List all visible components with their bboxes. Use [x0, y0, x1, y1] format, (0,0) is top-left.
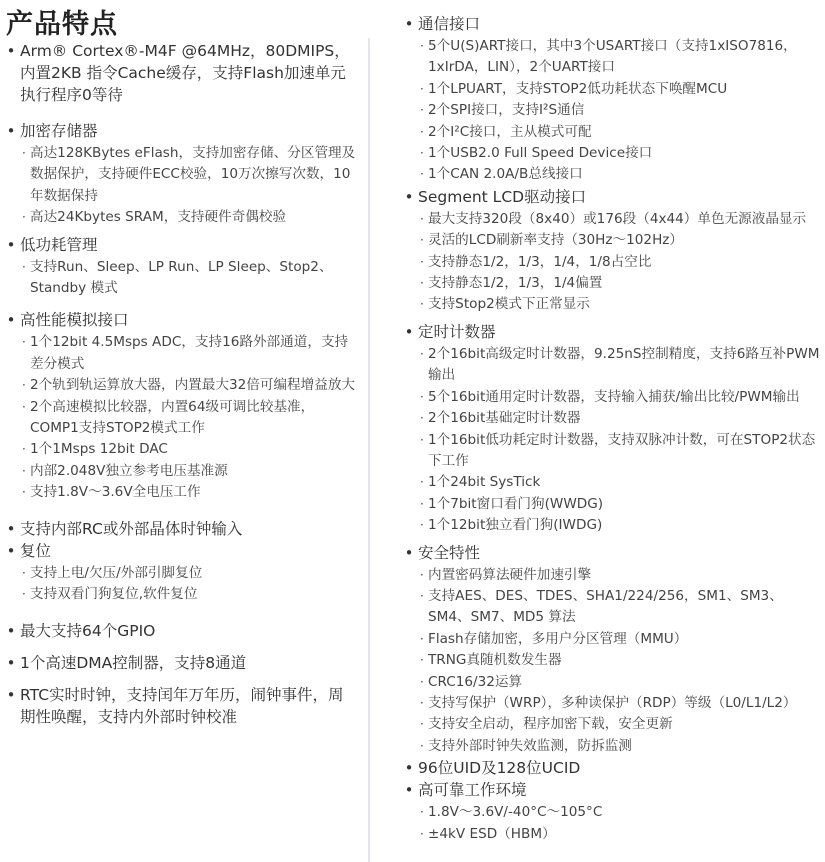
sub-item: ·支持外部时钟失效监测，防拆监测	[420, 736, 825, 757]
sub-text: Flash存储加密，多用户分区管理（MMU）	[428, 631, 687, 647]
sub-text: 5个16bit通用定时计数器，支持输入捕获/输出比较/PWM输出	[428, 389, 800, 405]
sub-bullet-icon: ·	[420, 122, 424, 143]
sub-item: ·2个高速模拟比较器，内置64级可调比较基准，COMP1支持STOP2模式工作	[22, 397, 356, 440]
feature-heading: 通信接口	[418, 13, 825, 35]
sub-bullet-icon: ·	[420, 344, 424, 365]
sub-item: ·1个12bit独立看门狗(IWDG)	[420, 515, 825, 536]
sub-text: 高达128KBytes eFlash，支持加密存储、分区管理及数据保护，支持硬件…	[30, 145, 355, 204]
sub-item: ·支持双看门狗复位,软件复位	[22, 584, 356, 605]
sub-bullet-icon: ·	[420, 693, 424, 714]
sub-item: ·5个U(S)ART接口，其中3个USART接口（支持1xISO7816，1xI…	[420, 36, 825, 79]
sub-text: 5个U(S)ART接口，其中3个USART接口（支持1xISO7816，1xIr…	[428, 38, 797, 75]
feature-item-security: • 安全特性 ·内置密码算法硬件加速引擎 ·支持AES、DES、TDES、SHA…	[404, 542, 825, 758]
sub-bullet-icon: ·	[420, 36, 424, 57]
feature-heading: 高可靠工作环境	[418, 779, 825, 801]
sub-text: 支持安全启动，程序加密下载，安全更新	[428, 716, 673, 732]
sub-bullet-icon: ·	[22, 563, 26, 584]
sub-text: TRNG真随机数发生器	[428, 652, 562, 668]
sub-text: CRC16/32运算	[428, 674, 522, 690]
sub-item: ·支持Stop2模式下正常显示	[420, 294, 825, 315]
sub-item: ·支持写保护（WRP），多种读保护（RDP）等级（L0/L1/L2）	[420, 693, 825, 714]
sub-bullet-icon: ·	[420, 100, 424, 121]
sub-item: ·1个USB2.0 Full Speed Device接口	[420, 143, 825, 164]
feature-item-low-power: • 低功耗管理 ·支持Run、Sleep、LP Run、LP Sleep、Sto…	[6, 234, 356, 300]
bullet-icon: •	[404, 321, 414, 343]
feature-heading: 加密存储器	[20, 120, 356, 142]
feature-item-reset: • 复位 ·支持上电/欠压/外部引脚复位 ·支持双看门狗复位,软件复位	[6, 540, 356, 606]
sub-item: ·1个LPUART，支持STOP2低功耗状态下唤醒MCU	[420, 79, 825, 100]
sub-item: ·支持上电/欠压/外部引脚复位	[22, 563, 356, 584]
sub-item: ·内置密码算法硬件加速引擎	[420, 565, 825, 586]
sub-bullet-icon: ·	[22, 332, 26, 353]
sub-text: 支持静态1/2，1/3，1/4，1/8占空比	[428, 254, 651, 270]
column-divider	[368, 38, 370, 862]
sub-text: 最大支持320段（8x40）或176段（4x44）单色无源液晶显示	[428, 211, 806, 227]
sub-bullet-icon: ·	[22, 482, 26, 503]
sub-text: 支持写保护（WRP），多种读保护（RDP）等级（L0/L1/L2）	[428, 695, 797, 711]
feature-item-uid: • 96位UID及128位UCID	[404, 757, 825, 779]
sub-item: ·2个16bit基础定时计数器	[420, 408, 825, 429]
sub-item: ·CRC16/32运算	[420, 672, 825, 693]
sub-bullet-icon: ·	[420, 252, 424, 273]
sub-text: 2个I²C接口，主从模式可配	[428, 124, 592, 140]
sub-item: ·2个轨到轨运算放大器，内置最大32倍可编程增益放大	[22, 375, 356, 396]
sub-item: ·2个SPI接口，支持I²S通信	[420, 100, 825, 121]
sub-item: ·支持Run、Sleep、LP Run、LP Sleep、Stop2、Stand…	[22, 257, 356, 300]
sub-text: 灵活的LCD刷新率支持（30Hz～102Hz）	[428, 232, 683, 248]
sub-item: ·1个12bit 4.5Msps ADC，支持16路外部通道，支持差分模式	[22, 332, 356, 375]
sub-text: ±4kV ESD（HBM）	[428, 826, 556, 842]
sub-bullet-icon: ·	[420, 672, 424, 693]
sub-item: ·支持1.8V～3.6V全电压工作	[22, 482, 356, 503]
sub-item: ·Flash存储加密，多用户分区管理（MMU）	[420, 629, 825, 650]
sub-item: ·支持静态1/2，1/3，1/4偏置	[420, 273, 825, 294]
sub-item: ·1个7bit窗口看门狗(WWDG)	[420, 494, 825, 515]
sub-bullet-icon: ·	[420, 164, 424, 185]
sub-text: 内置密码算法硬件加速引擎	[428, 567, 591, 583]
feature-item-dma: • 1个高速DMA控制器，支持8通道	[6, 652, 356, 674]
sub-text: 1个24bit SysTick	[428, 474, 540, 490]
sub-text: 支持1.8V～3.6V全电压工作	[30, 484, 201, 500]
sub-bullet-icon: ·	[22, 461, 26, 482]
sub-bullet-icon: ·	[420, 736, 424, 757]
bullet-icon: •	[6, 518, 16, 540]
sub-item: ·2个I²C接口，主从模式可配	[420, 122, 825, 143]
sub-item: ·1个1Msps 12bit DAC	[22, 439, 356, 460]
feature-text: 1个高速DMA控制器，支持8通道	[20, 652, 356, 674]
sub-bullet-icon: ·	[420, 494, 424, 515]
sub-text: 1个7bit窗口看门狗(WWDG)	[428, 496, 603, 512]
sub-bullet-icon: ·	[420, 515, 424, 536]
sub-item: ·支持静态1/2，1/3，1/4，1/8占空比	[420, 252, 825, 273]
bullet-icon: •	[404, 186, 414, 208]
sub-bullet-icon: ·	[420, 230, 424, 251]
feature-item-communication: • 通信接口 ·5个U(S)ART接口，其中3个USART接口（支持1xISO7…	[404, 13, 825, 186]
sub-text: 2个16bit高级定时计数器，9.25nS控制精度，支持6路互补PWM输出	[428, 346, 820, 383]
feature-item-gpio: • 最大支持64个GPIO	[6, 620, 356, 642]
sub-bullet-icon: ·	[420, 273, 424, 294]
feature-item-rtc: • RTC实时时钟，支持闰年万年历，闹钟事件，周期性唤醒，支持内外部时钟校准	[6, 684, 356, 728]
feature-item-analog: • 高性能模拟接口 ·1个12bit 4.5Msps ADC，支持16路外部通道…	[6, 309, 356, 503]
sub-text: 支持双看门狗复位,软件复位	[30, 586, 197, 602]
feature-heading: Segment LCD驱动接口	[418, 186, 825, 208]
left-feature-column: • Arm® Cortex®-M4F @64MHz，80DMIPS，内置2KB …	[6, 40, 356, 728]
feature-heading: 复位	[20, 540, 356, 562]
sub-item: ·5个16bit通用定时计数器，支持输入捕获/输出比较/PWM输出	[420, 387, 825, 408]
sub-text: 支持外部时钟失效监测，防拆监测	[428, 738, 632, 754]
sub-text: 1个1Msps 12bit DAC	[30, 441, 168, 457]
sub-bullet-icon: ·	[22, 375, 26, 396]
sub-bullet-icon: ·	[420, 408, 424, 429]
bullet-icon: •	[6, 684, 16, 706]
feature-heading: 低功耗管理	[20, 234, 356, 256]
feature-heading: 安全特性	[418, 542, 825, 564]
sub-item: ·TRNG真随机数发生器	[420, 650, 825, 671]
sub-item: ·2个16bit高级定时计数器，9.25nS控制精度，支持6路互补PWM输出	[420, 344, 825, 387]
sub-item: ·1个16bit低功耗定时计数器，支持双脉冲计数，可在STOP2状态下工作	[420, 430, 825, 473]
sub-text: 1个USB2.0 Full Speed Device接口	[428, 145, 652, 161]
feature-text: 最大支持64个GPIO	[20, 620, 356, 642]
sub-text: 1个12bit独立看门狗(IWDG)	[428, 517, 602, 533]
sub-text: 2个轨到轨运算放大器，内置最大32倍可编程增益放大	[30, 377, 355, 393]
sub-text: 支持AES、DES、TDES、SHA1/224/256，SM1、SM3、SM4、…	[428, 588, 783, 625]
bullet-icon: •	[6, 234, 16, 256]
sub-bullet-icon: ·	[420, 430, 424, 451]
sub-bullet-icon: ·	[420, 79, 424, 100]
sub-bullet-icon: ·	[420, 629, 424, 650]
sub-text: 1个16bit低功耗定时计数器，支持双脉冲计数，可在STOP2状态下工作	[428, 432, 815, 469]
bullet-icon: •	[404, 757, 414, 779]
sub-bullet-icon: ·	[420, 472, 424, 493]
sub-bullet-icon: ·	[420, 565, 424, 586]
sub-item: ·高达128KBytes eFlash，支持加密存储、分区管理及数据保护，支持硬…	[22, 143, 356, 207]
sub-item: ·内部2.048V独立参考电压基准源	[22, 461, 356, 482]
sub-bullet-icon: ·	[22, 397, 26, 418]
sub-bullet-icon: ·	[22, 584, 26, 605]
sub-text: 1个12bit 4.5Msps ADC，支持16路外部通道，支持差分模式	[30, 334, 348, 371]
feature-text: RTC实时时钟，支持闰年万年历，闹钟事件，周期性唤醒，支持内外部时钟校准	[20, 684, 356, 728]
sub-bullet-icon: ·	[420, 824, 424, 845]
feature-heading: 高性能模拟接口	[20, 309, 356, 331]
bullet-icon: •	[6, 540, 16, 562]
sub-bullet-icon: ·	[420, 586, 424, 607]
sub-text: 1.8V～3.6V/-40°C～105°C	[428, 804, 602, 820]
feature-item-reliability: • 高可靠工作环境 ·1.8V～3.6V/-40°C～105°C ·±4kV E…	[404, 779, 825, 845]
feature-item-segment-lcd: • Segment LCD驱动接口 ·最大支持320段（8x40）或176段（4…	[404, 186, 825, 316]
feature-heading: 定时计数器	[418, 321, 825, 343]
sub-item: ·支持AES、DES、TDES、SHA1/224/256，SM1、SM3、SM4…	[420, 586, 825, 629]
sub-bullet-icon: ·	[420, 209, 424, 230]
sub-text: 2个高速模拟比较器，内置64级可调比较基准，COMP1支持STOP2模式工作	[30, 399, 314, 436]
feature-text: Arm® Cortex®-M4F @64MHz，80DMIPS，内置2KB 指令…	[20, 40, 356, 106]
bullet-icon: •	[6, 652, 16, 674]
sub-bullet-icon: ·	[22, 439, 26, 460]
sub-bullet-icon: ·	[420, 714, 424, 735]
sub-item: ·最大支持320段（8x40）或176段（4x44）单色无源液晶显示	[420, 209, 825, 230]
bullet-icon: •	[6, 620, 16, 642]
sub-text: 支持上电/欠压/外部引脚复位	[30, 565, 202, 581]
sub-bullet-icon: ·	[420, 802, 424, 823]
sub-item: ·高达24Kbytes SRAM，支持硬件奇偶校验	[22, 207, 356, 228]
bullet-icon: •	[404, 13, 414, 35]
sub-bullet-icon: ·	[22, 143, 26, 164]
feature-item-clock-input: • 支持内部RC或外部晶体时钟输入	[6, 518, 356, 540]
bullet-icon: •	[404, 779, 414, 801]
page-title: 产品特点	[6, 2, 118, 41]
sub-item: ·1个24bit SysTick	[420, 472, 825, 493]
feature-item-timers: • 定时计数器 ·2个16bit高级定时计数器，9.25nS控制精度，支持6路互…	[404, 321, 825, 537]
sub-text: 2个SPI接口，支持I²S通信	[428, 102, 584, 118]
sub-bullet-icon: ·	[22, 257, 26, 278]
sub-item: ·±4kV ESD（HBM）	[420, 824, 825, 845]
sub-text: 支持Run、Sleep、LP Run、LP Sleep、Stop2、Standb…	[30, 259, 333, 296]
feature-text: 支持内部RC或外部晶体时钟输入	[20, 518, 356, 540]
sub-item: ·1.8V～3.6V/-40°C～105°C	[420, 802, 825, 823]
bullet-icon: •	[404, 542, 414, 564]
sub-text: 1个CAN 2.0A/B总线接口	[428, 166, 583, 182]
sub-text: 高达24Kbytes SRAM，支持硬件奇偶校验	[30, 209, 286, 225]
feature-item-encrypted-memory: • 加密存储器 ·高达128KBytes eFlash，支持加密存储、分区管理及…	[6, 120, 356, 229]
bullet-icon: •	[6, 40, 16, 62]
sub-text: 支持Stop2模式下正常显示	[428, 296, 590, 312]
sub-item: ·支持安全启动，程序加密下载，安全更新	[420, 714, 825, 735]
bullet-icon: •	[6, 120, 16, 142]
sub-text: 支持静态1/2，1/3，1/4偏置	[428, 275, 602, 291]
sub-bullet-icon: ·	[22, 207, 26, 228]
sub-item: ·灵活的LCD刷新率支持（30Hz～102Hz）	[420, 230, 825, 251]
sub-text: 内部2.048V独立参考电压基准源	[30, 463, 228, 479]
feature-item-cpu: • Arm® Cortex®-M4F @64MHz，80DMIPS，内置2KB …	[6, 40, 356, 106]
bullet-icon: •	[6, 309, 16, 331]
right-feature-column: • 通信接口 ·5个U(S)ART接口，其中3个USART接口（支持1xISO7…	[404, 13, 825, 845]
sub-text: 1个LPUART，支持STOP2低功耗状态下唤醒MCU	[428, 81, 727, 97]
sub-bullet-icon: ·	[420, 143, 424, 164]
sub-text: 2个16bit基础定时计数器	[428, 410, 580, 426]
feature-text: 96位UID及128位UCID	[418, 757, 825, 779]
sub-bullet-icon: ·	[420, 650, 424, 671]
sub-bullet-icon: ·	[420, 294, 424, 315]
sub-item: ·1个CAN 2.0A/B总线接口	[420, 164, 825, 185]
sub-bullet-icon: ·	[420, 387, 424, 408]
